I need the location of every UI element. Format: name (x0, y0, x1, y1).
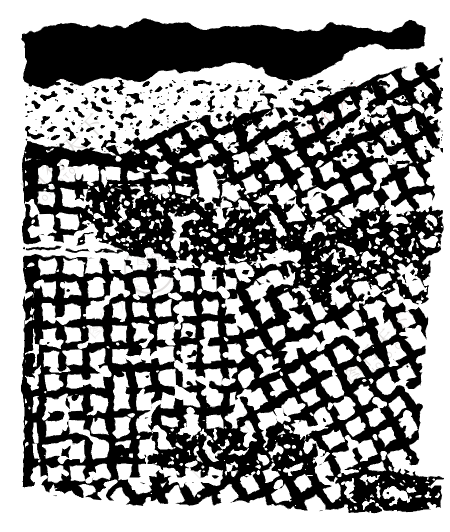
grime-overlays (25, 80, 445, 518)
mesh-texture-canvas (0, 0, 450, 532)
texture-image: 图行天下 TOPHOTO.CN 图行天下 图行天下 图行天下 图行天下 图行天下… (0, 0, 450, 532)
